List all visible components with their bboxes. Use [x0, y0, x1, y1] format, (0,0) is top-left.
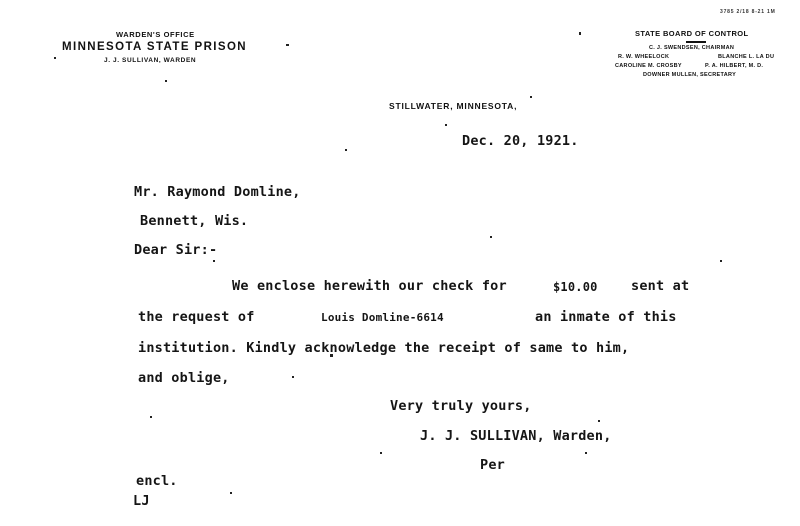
recipient-address: Bennett, Wis.	[140, 213, 248, 229]
board-title: STATE BOARD OF CONTROL	[635, 29, 749, 38]
letterhead-warden: J. J. SULLIVAN, WARDEN	[104, 57, 196, 64]
typist-initials: LJ	[133, 493, 150, 509]
salutation: Dear Sir:-	[134, 242, 217, 258]
enclosure-note: encl.	[136, 473, 178, 489]
board-member: P. A. HILBERT, M. D.	[705, 63, 763, 69]
signer-name: J. J. SULLIVAN, Warden,	[420, 428, 612, 444]
board-member: R. W. WHEELOCK	[618, 54, 669, 60]
form-code: 3785 2/18 8-21 1M	[720, 9, 776, 15]
board-secretary: DOWNER MULLEN, SECRETARY	[643, 72, 736, 78]
board-member: CAROLINE M. CROSBY	[615, 63, 682, 69]
check-amount: $10.00	[553, 280, 598, 294]
board-member: BLANCHE L. LA DU	[718, 54, 774, 60]
letterhead-institution: MINNESOTA STATE PRISON	[62, 41, 247, 53]
letter-date: Dec. 20, 1921.	[462, 133, 579, 149]
body-line4: and oblige,	[138, 370, 230, 386]
body-line3: institution. Kindly acknowledge the rece…	[138, 340, 629, 356]
body-line2-end: an inmate of this	[535, 309, 677, 325]
recipient-name: Mr. Raymond Domline,	[134, 184, 301, 200]
title-rule	[686, 41, 706, 43]
per-line: Per	[480, 457, 505, 473]
inmate-name: Louis Domline-6614	[321, 311, 444, 324]
letterhead-office: WARDEN'S OFFICE	[116, 30, 195, 39]
board-chairman: C. J. SWENDSEN, CHAIRMAN	[649, 45, 734, 51]
place-line: STILLWATER, MINNESOTA,	[389, 101, 517, 111]
body-line2-text: the request of	[138, 309, 255, 325]
body-line1-text: We enclose herewith our check for	[232, 278, 507, 294]
complimentary-close: Very truly yours,	[390, 398, 532, 414]
body-line1-end: sent at	[631, 278, 689, 294]
